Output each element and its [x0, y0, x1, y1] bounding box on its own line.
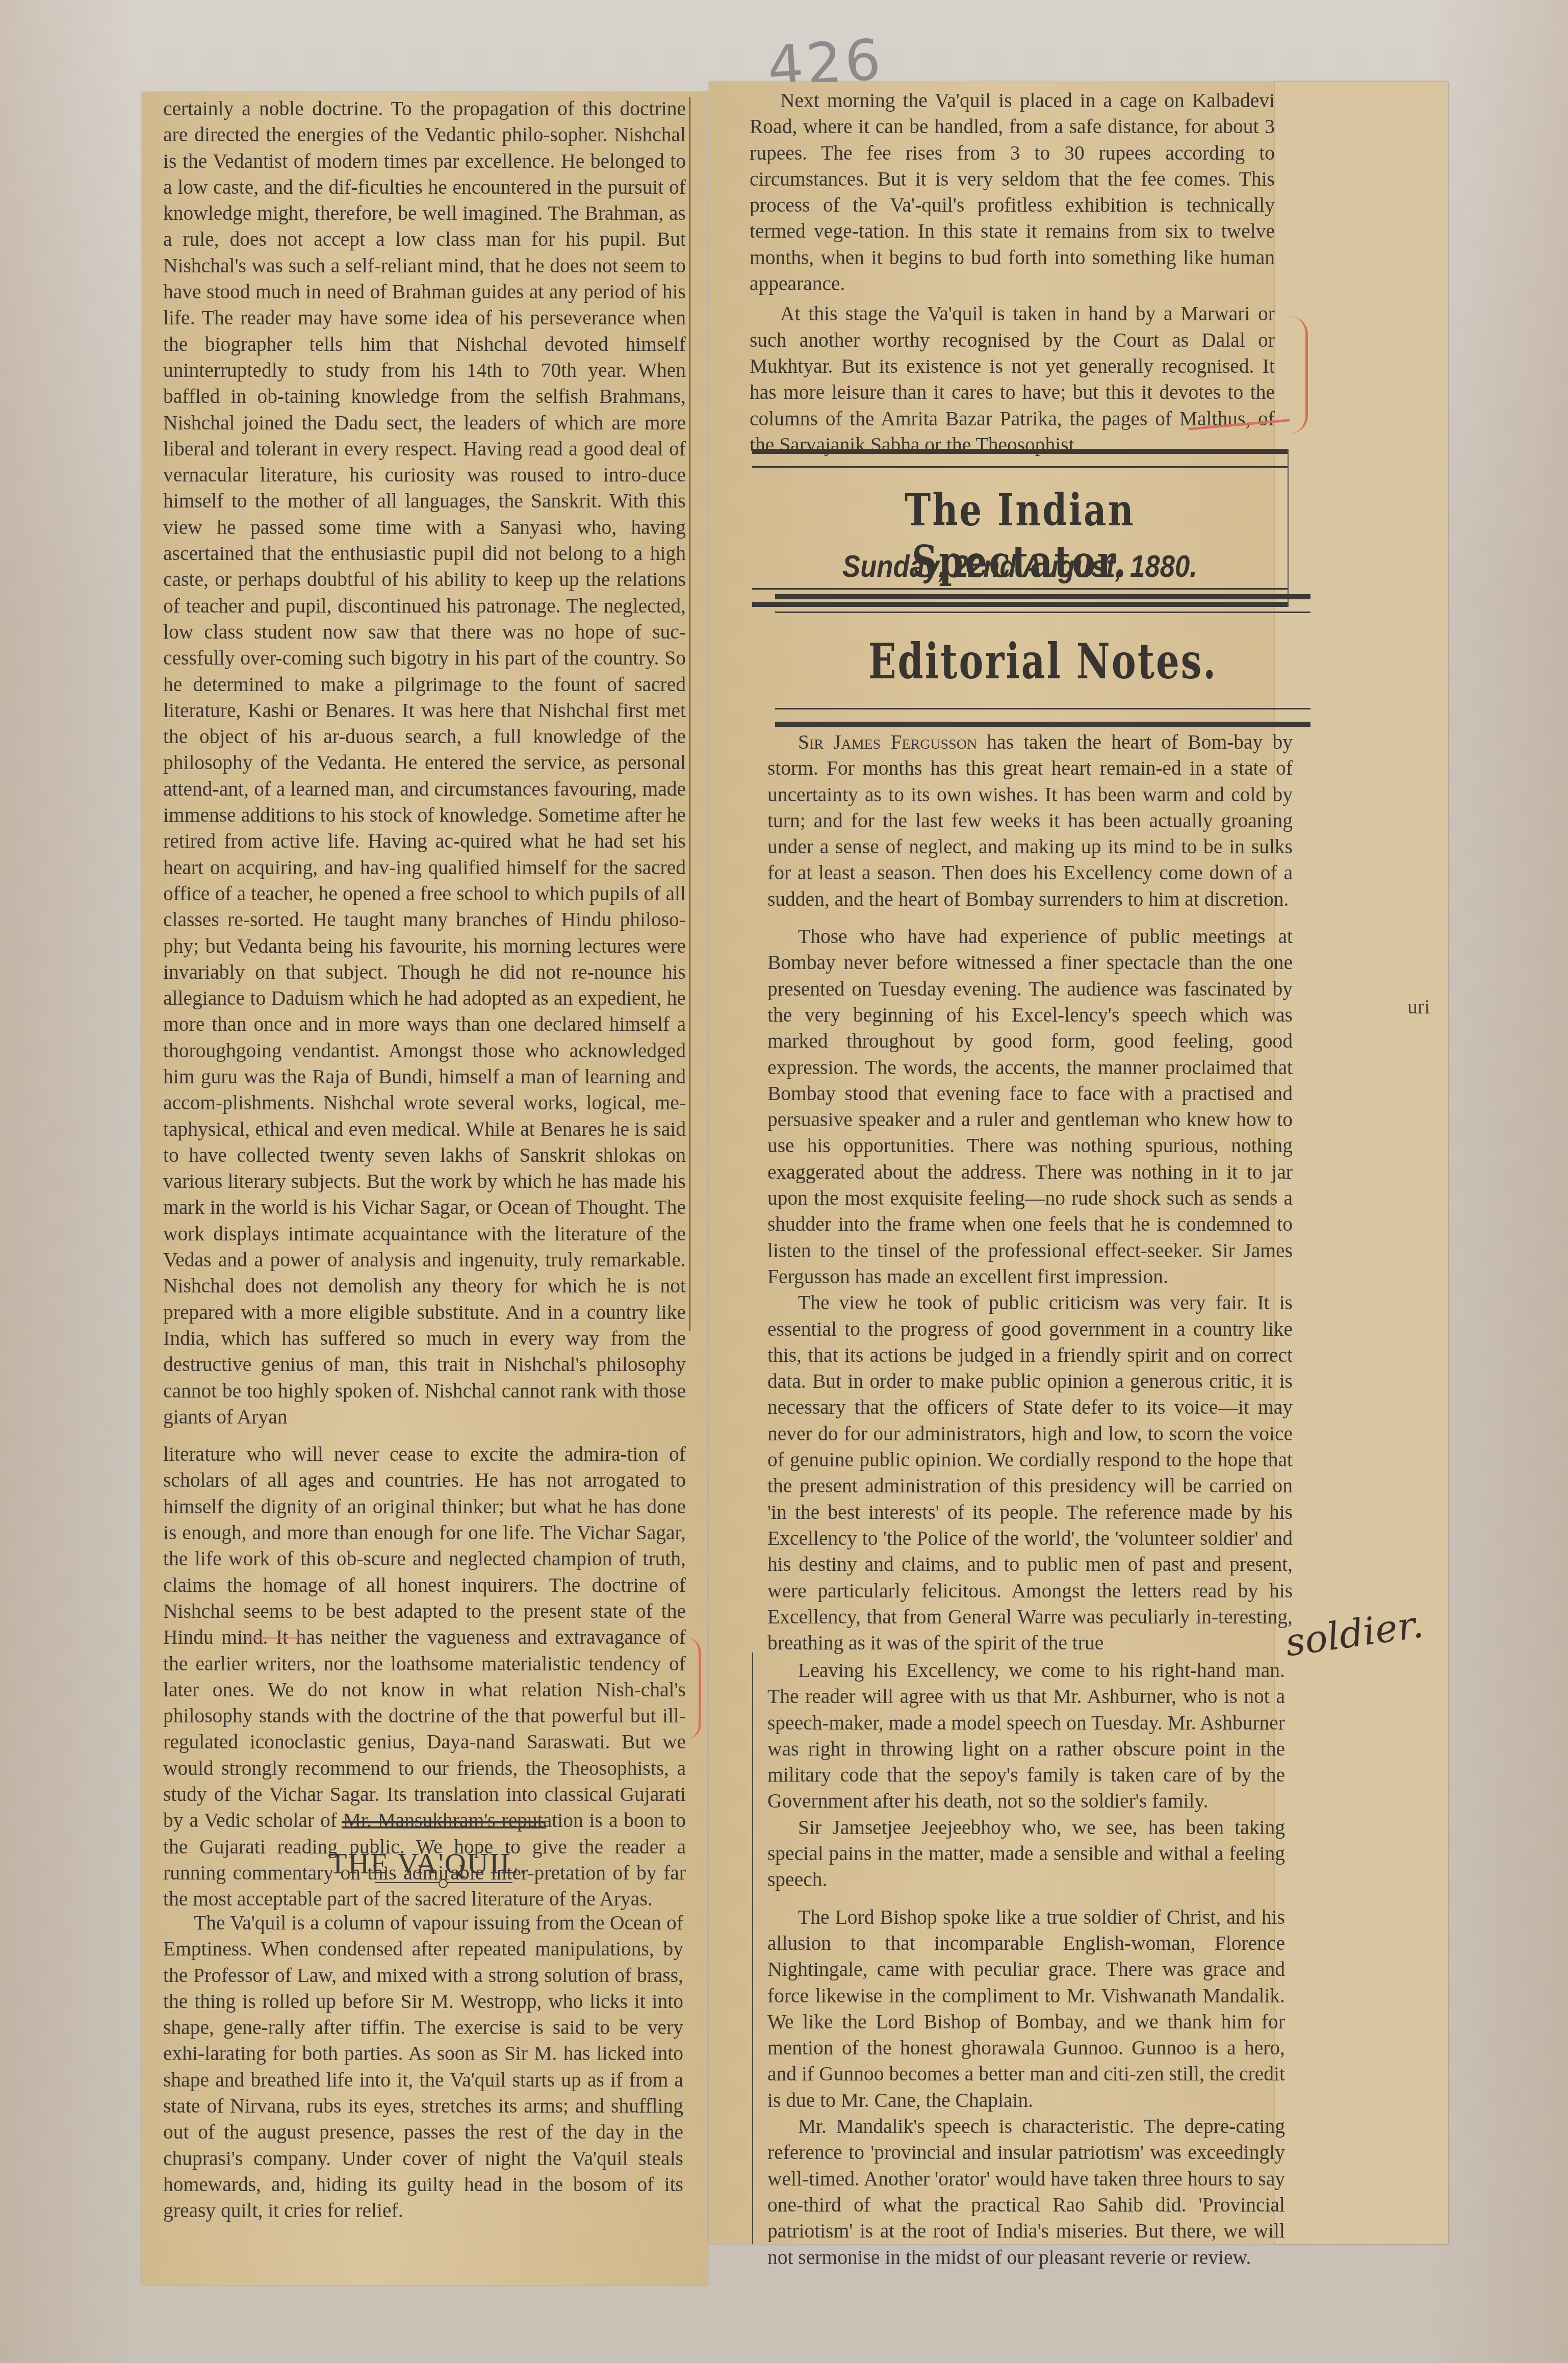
article-nishchal: certainly a noble doctrine. To the propa… [163, 96, 686, 1912]
editorial-heading-block: Editorial Notes. [775, 594, 1310, 727]
editorial-heading: Editorial Notes. [842, 632, 1244, 690]
paragraph: Sir James Fergusson has taken the heart … [767, 729, 1293, 912]
paragraph: Those who have had experience of public … [767, 924, 1293, 1290]
article-vaquil: The Va'quil is a column of vapour issuin… [163, 1910, 683, 2224]
paragraph: Mr. Mandalik's speech is characteristic.… [767, 2114, 1285, 2271]
red-pencil-bracket [686, 1637, 701, 1739]
article-vaquil-continued: Next morning the Va'quil is placed in a … [750, 88, 1275, 458]
section-divider [342, 1821, 546, 1828]
masthead: The Indian Spectator. Sunday, 22nd Augus… [752, 449, 1289, 607]
red-pencil-underline [245, 1637, 306, 1639]
editorial-rule-bottom [775, 708, 1310, 727]
paragraph: At this stage the Va'quil is taken in ha… [750, 301, 1275, 458]
lead-name: Sir James Fergusson [798, 731, 977, 753]
editorial-notes-continued: Leaving his Excellency, we come to his r… [767, 1658, 1285, 2271]
column-divider [689, 97, 690, 1331]
paragraph: Next morning the Va'quil is placed in a … [750, 88, 1275, 297]
paragraph: Sir Jamsetjee Jeejeebhoy who, we see, ha… [767, 1815, 1285, 1893]
paragraph: certainly a noble doctrine. To the propa… [163, 96, 686, 1430]
masthead-rule-top [752, 449, 1288, 468]
paragraph: The view he took of public criticism was… [767, 1290, 1293, 1656]
column-divider-lower [752, 1653, 753, 2244]
edge-text-fragment: uri [1407, 995, 1430, 1019]
paragraph: literature who will never cease to excit… [163, 1441, 686, 1912]
ornament-divider [375, 1882, 512, 1883]
masthead-date: Sunday, 22nd August, 1880. [792, 548, 1248, 585]
section-title-vaquil: THE VA'QUIL. [301, 1846, 556, 1881]
red-pencil-bracket [1290, 316, 1308, 434]
paragraph: Leaving his Excellency, we come to his r… [767, 1658, 1285, 1815]
paragraph: The Va'quil is a column of vapour issuin… [163, 1910, 683, 2224]
editorial-notes: Sir James Fergusson has taken the heart … [767, 729, 1293, 1656]
paragraph: The Lord Bishop spoke like a true soldie… [767, 1904, 1285, 2114]
editorial-rule-top [775, 594, 1310, 613]
